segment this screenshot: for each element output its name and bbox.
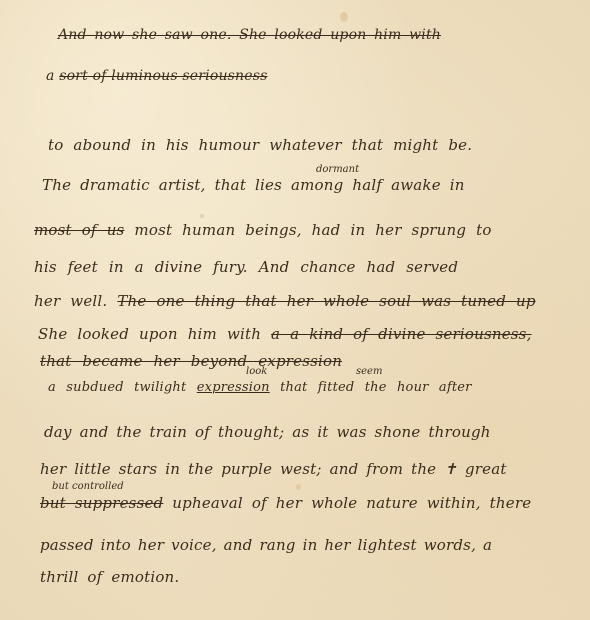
manuscript-line-9: that became her beyond expression [40,352,342,370]
manuscript-line-14: passed into her voice, and rang in her l… [40,536,492,554]
text-segment: a subdued twilight [48,380,197,395]
manuscript-line-3: to abound in his humour whatever that mi… [48,136,472,154]
text-segment: most human beings, had in her sprung to [124,221,491,239]
manuscript-line-11: day and the train of thought; as it was … [44,423,491,441]
struck-text: a a kind of divine seriousness, [271,325,532,343]
struck-text: She looked upon him with [232,27,442,43]
struck-text: sort of luminous seriousness [59,68,267,84]
manuscript-line-6: his feet in a divine fury. And chance ha… [34,258,458,276]
struck-text: The one thing that her whole soul was tu… [117,292,535,310]
text-segment: day and the train of thought; as it was … [44,423,491,441]
manuscript-line-2: a sort of luminous seriousness [46,68,268,84]
text-segment: to abound in his humour whatever that mi… [48,136,472,154]
text-segment: a [46,68,59,84]
paper-stain [340,12,348,22]
interlinear-insertion: look [246,366,267,377]
manuscript-line-13: but suppressed upheaval of her whole nat… [40,494,531,512]
manuscript-line-12: her little stars in the purple west; and… [40,460,507,478]
struck-text: And now she saw one. [58,27,232,43]
paper-stain [200,214,204,218]
paper-stain [296,484,301,490]
text-segment: her little stars in the purple west; and… [40,460,507,478]
text-segment: She looked upon him with [38,325,271,343]
text-segment: his feet in a divine fury. And chance ha… [34,258,458,276]
manuscript-line-7: her well. The one thing that her whole s… [34,292,536,310]
manuscript-line-4: The dramatic artist, that lies among hal… [42,176,465,194]
text-segment: The dramatic artist, that lies among hal… [42,176,465,194]
struck-text: most of us [34,221,124,239]
text-segment: thrill of emotion. [40,568,179,586]
text-segment: her well. [34,292,117,310]
text-segment: passed into her voice, and rang in her l… [40,536,492,554]
manuscript-line-10: a subdued twilight expression that fitte… [48,380,472,395]
interlinear-insertion: seem [356,366,382,377]
manuscript-page: And now she saw one. She looked upon him… [0,0,590,620]
text-segment: upheaval of her whole nature within, the… [163,494,531,512]
text-segment: that fitted the hour after [270,380,472,395]
struck-text: that became her beyond expression [40,352,342,370]
struck-text: but suppressed [40,494,163,512]
interlinear-insertion: dormant [316,164,359,175]
underlined-text: expression [197,380,270,395]
manuscript-line-1: And now she saw one. She looked upon him… [58,27,441,43]
manuscript-line-8: She looked upon him with a a kind of div… [38,325,532,343]
interlinear-insertion: but controlled [52,481,124,492]
manuscript-line-15: thrill of emotion. [40,568,179,586]
manuscript-line-5: most of us most human beings, had in her… [34,221,492,239]
